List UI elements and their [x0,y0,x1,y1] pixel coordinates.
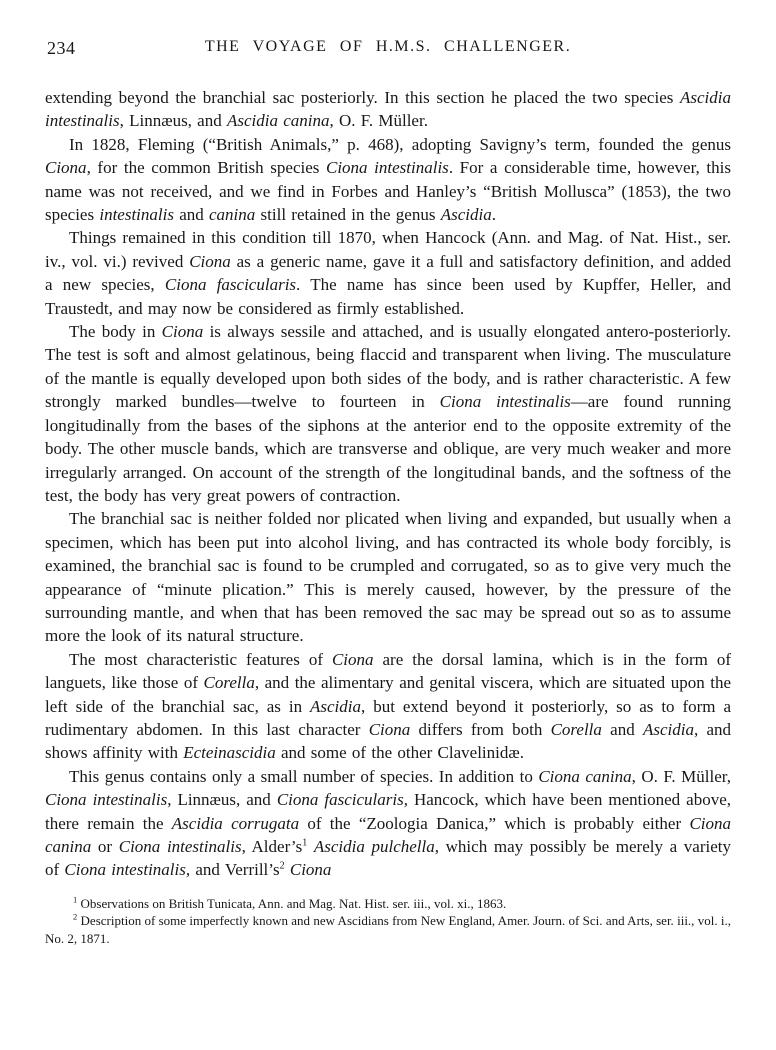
taxon-name: Ciona intestinalis [440,392,571,411]
text-run: , Linnæus, and [167,790,277,809]
footnotes: 1 Observations on British Tunicata, Ann.… [45,895,731,948]
taxon-name: Ascidia canina [227,111,330,130]
text-run: differs from both [410,720,550,739]
taxon-name: Ascidia pulchella [314,837,435,856]
running-title: THE VOYAGE OF H.M.S. CHALLENGER. [205,38,571,55]
taxon-name: Ciona canina [538,767,631,786]
text-run: , Alder’s [242,837,303,856]
text-run: or [91,837,118,856]
taxon-name: Ciona intestinalis [45,790,167,809]
taxon-name: Ascidia [310,697,361,716]
paragraph: The branchial sac is neither folded nor … [45,507,731,647]
text-run [307,837,314,856]
page-number: 234 [47,38,76,59]
paragraph: The body in Ciona is always sessile and … [45,320,731,507]
taxon-name: Ciona intestinalis [326,158,449,177]
taxon-name: Ciona intestinalis [64,860,185,879]
text-run: The body in [69,322,162,341]
footnote: 1 Observations on British Tunicata, Ann.… [45,895,731,913]
text-run: of the “Zoologia Danica,” which is proba… [299,814,689,833]
text-run: , Linnæus, and [120,111,227,130]
page-body: extending beyond the branchial sac poste… [45,86,731,882]
text-run: , for the common British species [87,158,326,177]
footnote-text: Observations on British Tunicata, Ann. a… [77,896,506,911]
taxon-name: Ciona fascicularis [165,275,296,294]
text-run: This genus contains only a small number … [69,767,538,786]
taxon-name: Ciona fascicularis [277,790,404,809]
text-run: extending beyond the branchial sac poste… [45,88,680,107]
book-page: 234 THE VOYAGE OF H.M.S. CHALLENGER. ext… [0,0,776,1050]
taxon-name: canina [209,205,255,224]
taxon-name: Corella [551,720,602,739]
text-run: The branchial sac is neither folded nor … [45,509,731,645]
text-run: , O. F. Müller. [330,111,428,130]
footnote-text: Description of some imperfectly known an… [45,913,731,946]
paragraph: This genus contains only a small number … [45,765,731,882]
paragraph: In 1828, Fleming (“British Animals,” p. … [45,133,731,227]
taxon-name: intestinalis [99,205,174,224]
text-run: , and Verrill’s [186,860,280,879]
paragraph: extending beyond the branchial sac poste… [45,86,731,133]
taxon-name: Ascidia corrugata [172,814,299,833]
taxon-name: Ciona [290,860,332,879]
text-run: The most characteristic features of [69,650,332,669]
taxon-name: Ciona [189,252,231,271]
text-run: still retained in the genus [255,205,440,224]
footnote: 2 Description of some imperfectly known … [45,912,731,947]
text-run: and [602,720,643,739]
text-run: . [492,205,496,224]
taxon-name: Ascidia [441,205,492,224]
taxon-name: Ciona [162,322,204,341]
taxon-name: Ascidia [643,720,694,739]
taxon-name: Ciona intestinalis [119,837,242,856]
taxon-name: Corella [204,673,255,692]
text-run: and [174,205,209,224]
paragraph: Things remained in this condition till 1… [45,226,731,320]
taxon-name: Ecteinascidia [183,743,276,762]
paragraph: The most characteristic features of Cion… [45,648,731,765]
text-run: and some of the other Clavelinidæ. [276,743,524,762]
taxon-name: Ciona [369,720,411,739]
footnote-reference: 2 [280,861,285,872]
text-run: In 1828, Fleming (“British Animals,” p. … [69,135,731,154]
page-header: 234 THE VOYAGE OF H.M.S. CHALLENGER. [45,38,731,62]
taxon-name: Ciona [332,650,374,669]
taxon-name: Ciona [45,158,87,177]
text-run: , O. F. Müller, [632,767,731,786]
